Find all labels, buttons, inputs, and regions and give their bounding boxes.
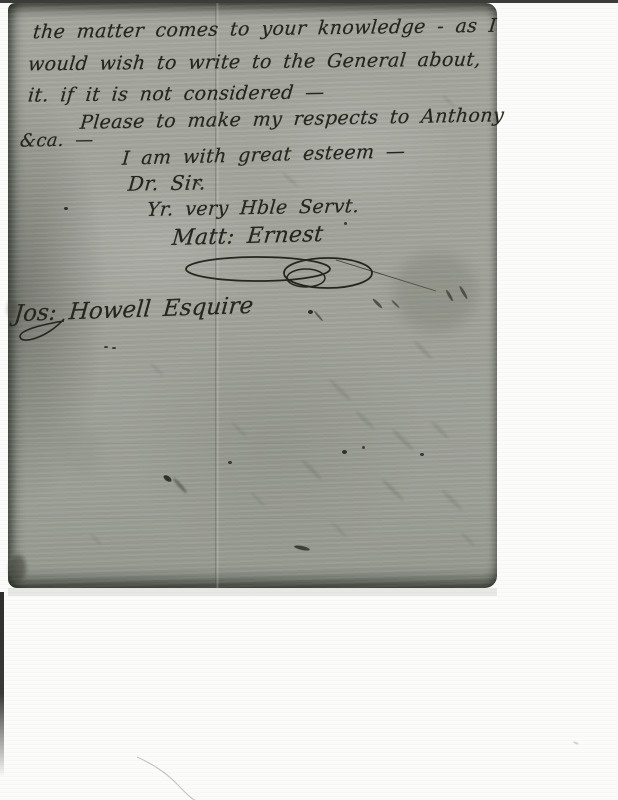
scanned-letter-page: the matter comes to your knowledge - as … bbox=[0, 0, 618, 800]
scan-left-edge-line bbox=[0, 592, 4, 777]
scan-top-edge-line bbox=[0, 0, 618, 3]
scanner-fiber-curve bbox=[0, 0, 618, 800]
